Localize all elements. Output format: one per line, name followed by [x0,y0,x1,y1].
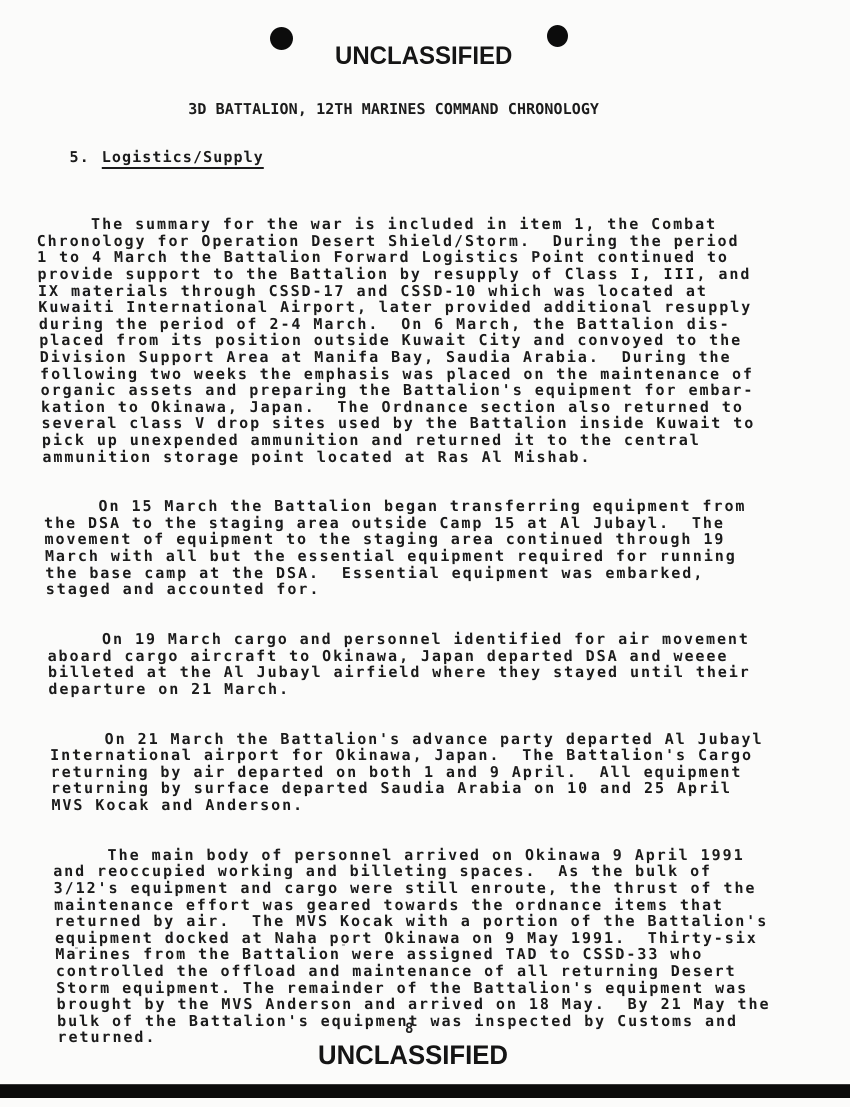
classification-banner-top: UNCLASSIFIED [335,42,512,71]
paragraph-2: On 15 March the Battalion began transfer… [43,498,759,598]
section-title: Logistics/Supply [102,148,265,169]
paragraph-4: On 21 March the Battalion's advance part… [50,731,766,814]
hole-punch-right-icon [547,25,568,47]
document-title: 3D BATTALION, 12TH MARINES COMMAND CHRON… [188,100,599,118]
scan-speck [342,944,345,946]
hole-punch-left-icon [270,27,293,50]
section-number: 5. [69,148,90,166]
paragraph-5: The main body of personnel arrived on Ok… [53,847,772,1046]
section-heading: 5.Logistics/Supply [69,148,264,166]
classification-banner-bottom: UNCLASSIFIED [318,1040,508,1071]
scanned-document-page: UNCLASSIFIED 3D BATTALION, 12TH MARINES … [0,0,850,1107]
document-body: The summary for the war is included in i… [35,183,772,1079]
scan-edge-bar [0,1085,850,1098]
scan-speck [75,947,78,949]
paragraph-3: On 19 March cargo and personnel identifi… [47,631,762,697]
paragraph-1: The summary for the war is included in i… [36,216,756,465]
page-number: 8 [405,1021,413,1037]
